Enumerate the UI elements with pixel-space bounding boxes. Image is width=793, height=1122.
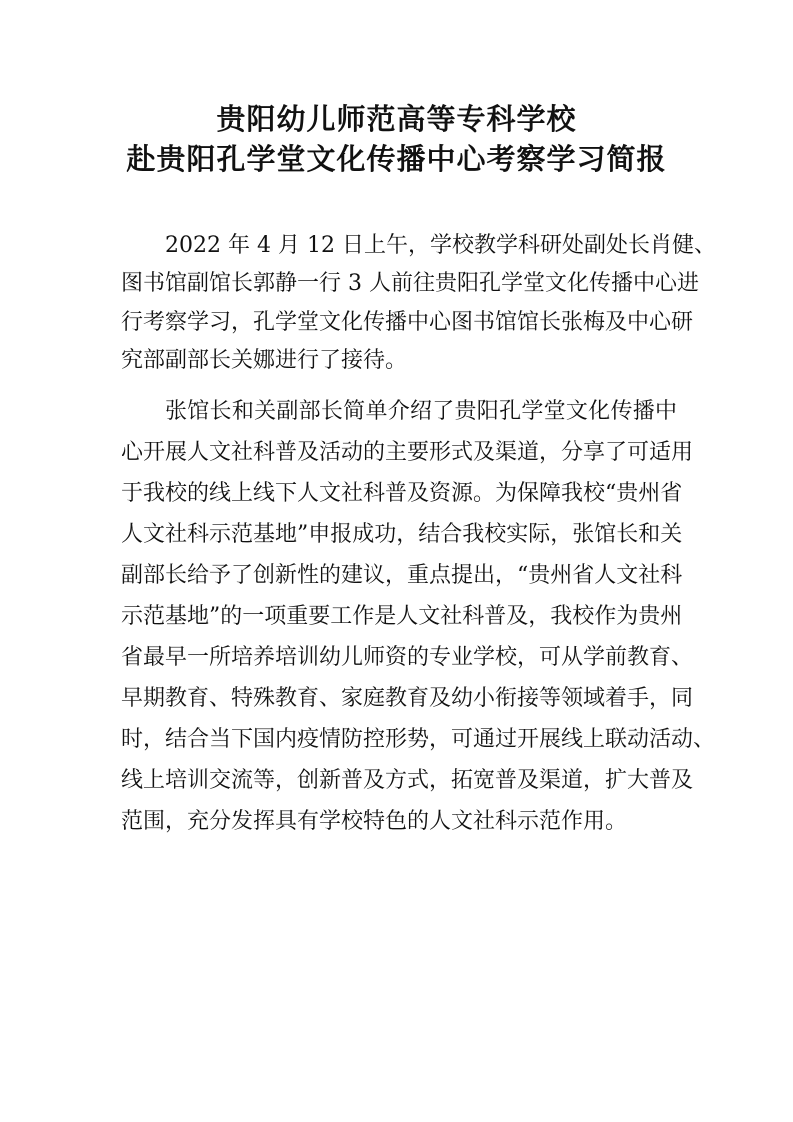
paragraph-2-line-6: 示范基地”的一项重要工作是人文社科普及，我校作为贵州 [121, 604, 677, 630]
paragraph-2-line-1: 张馆长和关副部长简单介绍了贵阳孔学堂文化传播中 [165, 399, 677, 425]
paragraph-2-line-7: 省最早一所培养培训幼儿师资的专业学校，可从学前教育、 [121, 645, 677, 671]
document-title-line-2: 赴贵阳孔学堂文化传播中心考察学习简报 [0, 139, 793, 179]
paragraph-2-line-9: 时，结合当下国内疫情防控形势，可通过开展线上联动活动、 [121, 727, 677, 753]
paragraph-2-line-5: 副部长给予了创新性的建议，重点提出，“贵州省人文社科 [121, 563, 677, 589]
paragraph-2-line-8: 早期教育、特殊教育、家庭教育及幼小衔接等领域着手，同 [121, 686, 677, 712]
paragraph-1-line-1: 2022 年 4 月 12 日上午，学校教学科研处副处长肖健、 [165, 233, 677, 259]
paragraph-1-line-2: 图书馆副馆长郭静一行 3 人前往贵阳孔学堂文化传播中心进 [121, 271, 677, 297]
paragraph-2-line-10: 线上培训交流等，创新普及方式，拓宽普及渠道，扩大普及 [121, 768, 677, 794]
document-page: 贵阳幼儿师范高等专科学校 赴贵阳孔学堂文化传播中心考察学习简报 2022 年 4… [0, 0, 793, 1122]
paragraph-2-line-4: 人文社科示范基地”申报成功，结合我校实际，张馆长和关 [121, 522, 677, 548]
paragraph-2-line-3: 于我校的线上线下人文社科普及资源。为保障我校“贵州省 [121, 481, 677, 507]
paragraph-2-line-11: 范围，充分发挥具有学校特色的人文社科示范作用。 [121, 809, 677, 835]
paragraph-1-line-3: 行考察学习，孔学堂文化传播中心图书馆馆长张梅及中心研 [121, 310, 677, 336]
document-title-line-1: 贵阳幼儿师范高等专科学校 [0, 99, 793, 139]
paragraph-2-line-2: 心开展人文社科普及活动的主要形式及渠道，分享了可适用 [121, 440, 677, 466]
paragraph-1-line-4: 究部副部长关娜进行了接待。 [121, 348, 677, 374]
